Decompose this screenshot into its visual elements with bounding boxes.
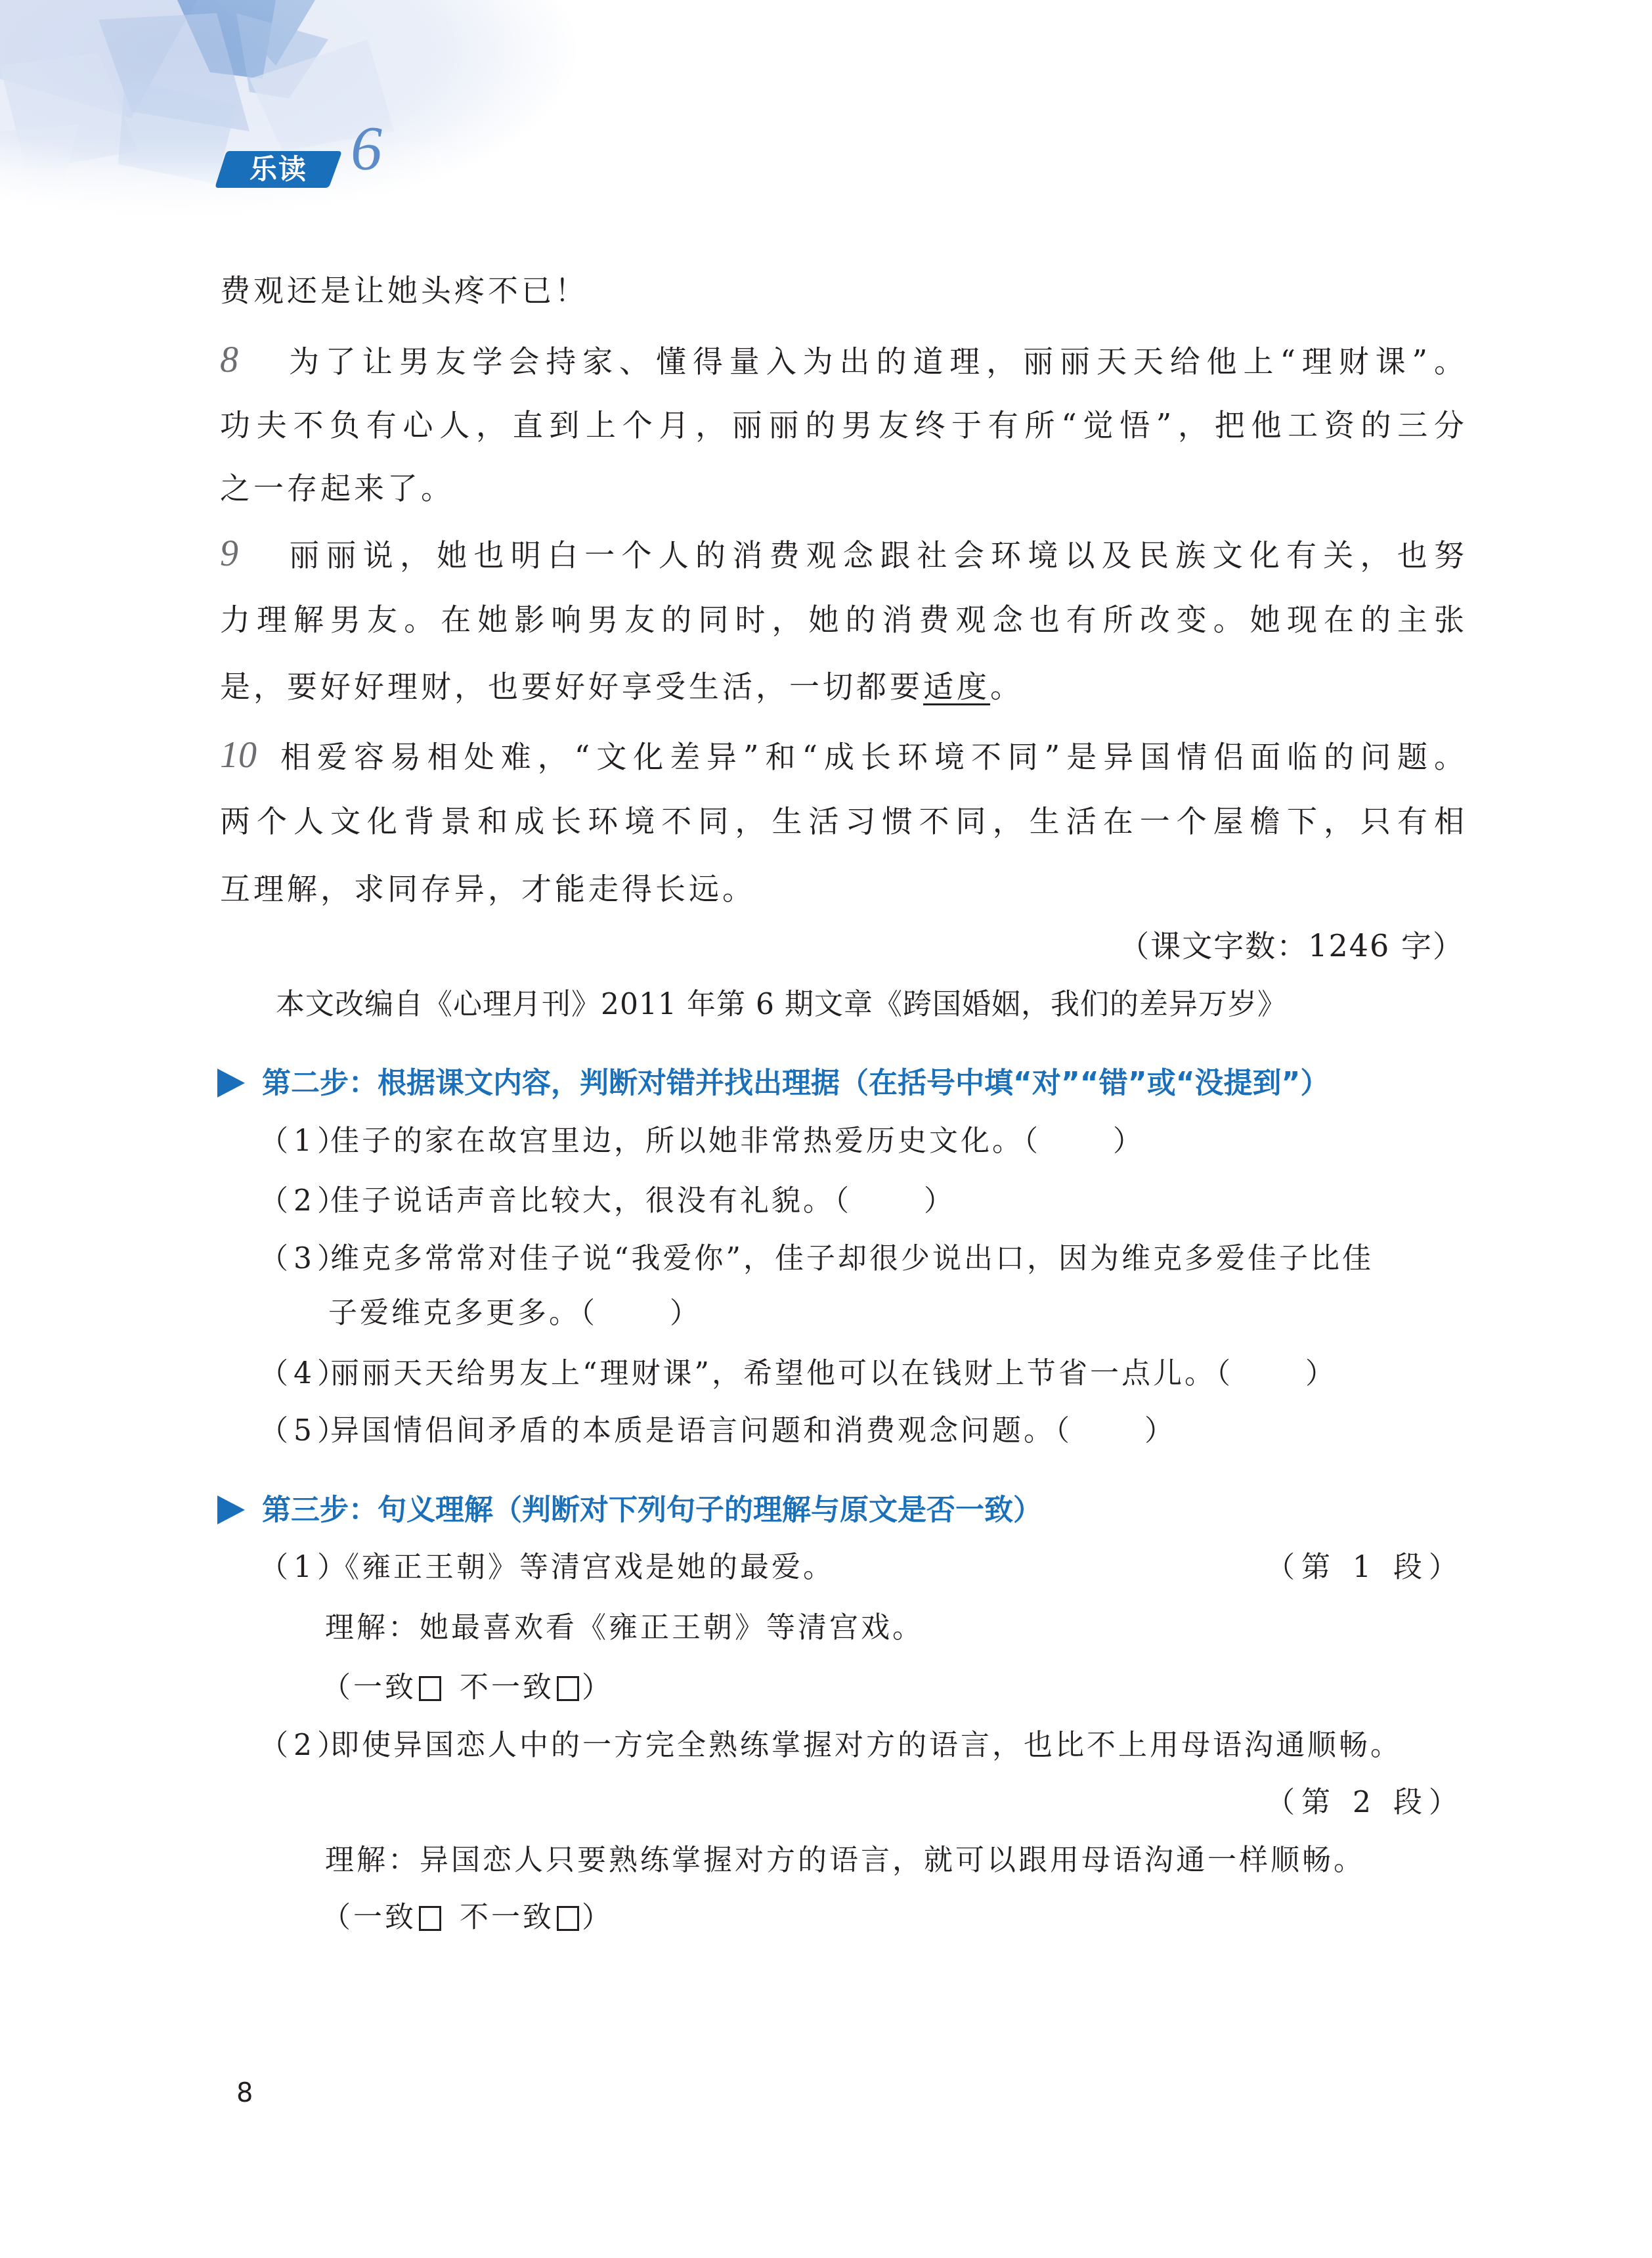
section-badge: 乐读 — [215, 151, 342, 188]
paragraph-number: 8 — [220, 340, 282, 380]
paragraph-reference: （第 1 段） — [1266, 1548, 1464, 1587]
triangle-bullet-icon — [217, 1495, 245, 1524]
step3-heading: 第三步：句义理解（判断对下列句子的理解与原文是否一致） — [217, 1491, 1042, 1530]
page-number: 8 — [236, 2079, 253, 2108]
checkbox-consistent[interactable] — [419, 1906, 441, 1931]
paragraph-number: 10 — [220, 736, 274, 775]
passage-line: 9丽丽说，她也明白一个人的消费观念跟社会环境以及民族文化有关，也努 — [220, 534, 1464, 573]
checkbox-inconsistent[interactable] — [557, 1906, 579, 1931]
true-false-item: （1）佳子的家在故宫里边，所以她非常热爱历史文化。（） — [259, 1122, 1144, 1161]
source-citation: 本文改编自《心理月刊》2011 年第 6 期文章《跨国婚姻，我们的差异万岁》 — [276, 985, 1287, 1025]
consistency-options: （一致不一致） — [322, 1898, 613, 1937]
true-false-item: （4）丽丽天天给男友上“理财课”，希望他可以在钱财上节省一点儿。（） — [259, 1354, 1337, 1394]
underlined-word: 适度 — [923, 669, 990, 704]
understanding-text: 理解：异国恋人只要熟练掌握对方的语言，就可以跟用母语沟通一样顺畅。 — [325, 1841, 1365, 1880]
paragraph-number: 9 — [220, 534, 282, 573]
passage-line: 力理解男友。在她影响男友的同时，她的消费观念也有所改变。她现在的主张 — [220, 600, 1464, 639]
header-decoration — [0, 0, 591, 250]
true-false-item: （5）异国情侣间矛盾的本质是语言问题和消费观念问题。（） — [259, 1411, 1176, 1451]
step2-heading: 第二步：根据课文内容，判断对错并找出理据（在括号中填“对”“错”或“没提到”） — [217, 1064, 1330, 1103]
checkbox-consistent[interactable] — [419, 1676, 441, 1701]
true-false-item-continuation: 子爱维克多更多。（） — [328, 1294, 701, 1333]
true-false-item: （2）佳子说话声音比较大，很没有礼貌。（） — [259, 1182, 955, 1221]
checkbox-inconsistent[interactable] — [557, 1676, 579, 1701]
passage-line: 功夫不负有心人，直到上个月，丽丽的男友终于有所“觉悟”，把他工资的三分 — [220, 405, 1464, 445]
passage-line: 8为了让男友学会持家、懂得量入为出的道理，丽丽天天给他上“理财课”。 — [220, 340, 1464, 380]
triangle-bullet-icon — [217, 1069, 245, 1097]
section-label: 乐读 — [215, 151, 342, 188]
understanding-text: 理解：她最喜欢看《雍正王朝》等清宫戏。 — [325, 1608, 924, 1648]
passage-line: 费观还是让她头疼不已！ — [220, 271, 1464, 310]
lesson-number: 6 — [351, 117, 382, 180]
word-count: （课文字数：1246 字） — [220, 926, 1464, 965]
true-false-item: （3）维克多常常对佳子说“我爱你”，佳子却很少说出口，因为维克多爱佳子比佳 — [259, 1239, 1374, 1279]
passage-line: 两个人文化背景和成长环境不同，生活习惯不同，生活在一个屋檐下，只有相 — [220, 801, 1464, 841]
passage-line: 是，要好好理财，也要好好享受生活，一切都要适度。 — [220, 667, 1464, 706]
passage-line: 10相爱容易相处难，“文化差异”和“成长环境不同”是异国情侣面临的问题。 — [220, 736, 1464, 775]
sentence-item: （2）即使异国恋人中的一方完全熟练掌握对方的语言，也比不上用母语沟通顺畅。 — [259, 1726, 1402, 1765]
passage-line: 互理解，求同存异，才能走得长远。 — [220, 869, 1464, 908]
consistency-options: （一致不一致） — [322, 1668, 613, 1708]
sentence-item: （1）《雍正王朝》等清宫戏是她的最爱。 — [259, 1548, 835, 1587]
paragraph-reference: （第 2 段） — [1266, 1783, 1464, 1823]
passage-line: 之一存起来了。 — [220, 468, 1464, 508]
